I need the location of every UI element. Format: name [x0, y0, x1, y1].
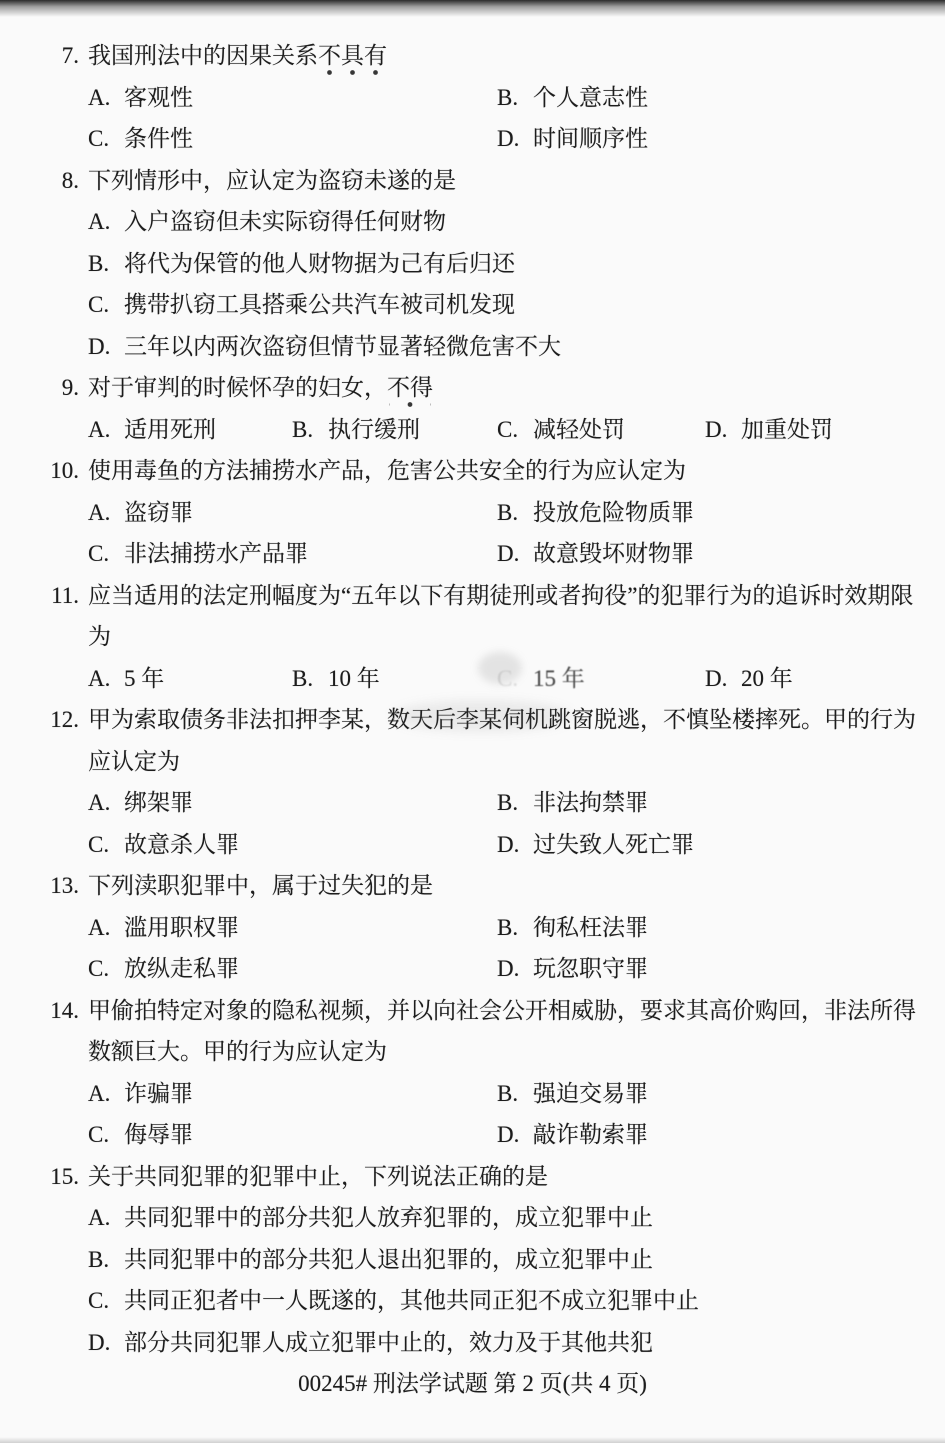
option-a: A.滥用职权罪 — [88, 907, 497, 949]
option-c: C.非法捕捞水产品罪 — [88, 533, 497, 575]
question-15: 15.关于共同犯罪的犯罪中止，下列说法正确的是 A.共同犯罪中的部分共犯人放弃犯… — [0, 1156, 945, 1364]
option-label: B. — [88, 1239, 124, 1281]
option-text: 敲诈勒索罪 — [533, 1122, 648, 1147]
option-d: D.部分共同犯罪人成立犯罪中止的，效力及于其他共犯 — [0, 1322, 945, 1364]
option-label: C. — [88, 824, 124, 866]
question-text: 下列情形中，应认定为盗窃未遂的是 — [88, 168, 456, 193]
option-text: 10 年 — [328, 666, 380, 691]
option-label: D. — [497, 1114, 533, 1156]
option-text: 投放危险物质罪 — [533, 500, 694, 525]
question-text: 甲偷拍特定对象的隐私视频，并以向社会公开相威胁，要求其高价购回，非法所得数额巨大… — [88, 998, 916, 1065]
option-b: B.投放危险物质罪 — [497, 492, 935, 534]
question-stem: 11.应当适用的法定刑幅度为“五年以下有期徒刑或者拘役”的犯罪行为的追诉时效期限… — [0, 575, 945, 658]
question-number: 12. — [0, 699, 79, 741]
question-number: 13. — [0, 865, 79, 907]
options-row: C.故意杀人罪 D.过失致人死亡罪 — [0, 824, 945, 866]
option-c: C.15 年 — [497, 658, 705, 700]
option-a: A.共同犯罪中的部分共犯人放弃犯罪的，成立犯罪中止 — [0, 1197, 945, 1239]
option-label: C. — [88, 948, 124, 990]
option-text: 三年以内两次盗窃但情节显著轻微危害不大 — [124, 334, 561, 359]
option-d: D.故意毁坏财物罪 — [497, 533, 935, 575]
option-text: 故意毁坏财物罪 — [533, 541, 694, 566]
option-text: 执行缓刑 — [328, 417, 420, 442]
options-row: A.滥用职权罪 B.徇私枉法罪 — [0, 907, 945, 949]
option-label: B. — [497, 492, 533, 534]
option-label: D. — [88, 1322, 124, 1364]
question-8: 8.下列情形中，应认定为盗窃未遂的是 A.入户盗窃但未实际窃得任何财物 B.将代… — [0, 160, 945, 368]
options-row: C.条件性 D.时间顺序性 — [0, 118, 945, 160]
option-label: A. — [88, 907, 124, 949]
option-label: C. — [497, 409, 533, 451]
option-label: B. — [497, 77, 533, 119]
option-text: 滥用职权罪 — [124, 915, 239, 940]
option-text: 放纵走私罪 — [124, 956, 239, 981]
options-row: A.5 年 B.10 年 C.15 年 D.20 年 — [0, 658, 945, 700]
question-text: 对于审判的时候怀孕的妇女， — [88, 375, 387, 400]
option-label: D. — [497, 948, 533, 990]
option-b: B.执行缓刑 — [292, 409, 497, 451]
option-label: D. — [88, 326, 124, 368]
option-text: 15 年 — [533, 666, 585, 691]
option-text: 强迫交易罪 — [533, 1081, 648, 1106]
question-number: 15. — [0, 1156, 79, 1198]
option-b: B.个人意志性 — [497, 77, 935, 119]
option-c: C.条件性 — [88, 118, 497, 160]
option-c: C.共同正犯者中一人既遂的，其他共同正犯不成立犯罪中止 — [0, 1280, 945, 1322]
emphasis-text: 不具有 — [318, 43, 387, 68]
question-stem: 14.甲偷拍特定对象的隐私视频，并以向社会公开相威胁，要求其高价购回，非法所得数… — [0, 990, 945, 1073]
question-text: 应当适用的法定刑幅度为“五年以下有期徒刑或者拘役”的犯罪行为的追诉时效期限为 — [88, 583, 913, 650]
option-text: 绑架罪 — [124, 790, 193, 815]
option-b: B.非法拘禁罪 — [497, 782, 935, 824]
option-text: 玩忽职守罪 — [533, 956, 648, 981]
option-text: 非法捕捞水产品罪 — [124, 541, 308, 566]
question-text: 关于共同犯罪的犯罪中止，下列说法正确的是 — [88, 1164, 548, 1189]
option-text: 故意杀人罪 — [124, 832, 239, 857]
option-d: D.过失致人死亡罪 — [497, 824, 935, 866]
option-text: 侮辱罪 — [124, 1122, 193, 1147]
options-row: C.侮辱罪 D.敲诈勒索罪 — [0, 1114, 945, 1156]
question-stem: 7.我国刑法中的因果关系不具有 — [0, 35, 945, 77]
option-label: C. — [88, 1114, 124, 1156]
option-b: B.共同犯罪中的部分共犯人退出犯罪的，成立犯罪中止 — [0, 1239, 945, 1281]
question-14: 14.甲偷拍特定对象的隐私视频，并以向社会公开相威胁，要求其高价购回，非法所得数… — [0, 990, 945, 1156]
options-row: C.非法捕捞水产品罪 D.故意毁坏财物罪 — [0, 533, 945, 575]
option-d: D.三年以内两次盗窃但情节显著轻微危害不大 — [0, 326, 945, 368]
question-text: 甲为索取债务非法扣押李某，数天后李某伺机跳窗脱逃，不慎坠楼摔死。甲的行为应认定为 — [88, 707, 916, 774]
question-stem: 15.关于共同犯罪的犯罪中止，下列说法正确的是 — [0, 1156, 945, 1198]
question-text: 使用毒鱼的方法捕捞水产品，危害公共安全的行为应认定为 — [88, 458, 686, 483]
option-text: 部分共同犯罪人成立犯罪中止的，效力及于其他共犯 — [124, 1330, 653, 1355]
option-c: C.侮辱罪 — [88, 1114, 497, 1156]
option-text: 过失致人死亡罪 — [533, 832, 694, 857]
question-number: 10. — [0, 450, 79, 492]
option-text: 条件性 — [124, 126, 193, 151]
option-c: C.携带扒窃工具搭乘公共汽车被司机发现 — [0, 284, 945, 326]
option-label: B. — [497, 782, 533, 824]
option-label: A. — [88, 782, 124, 824]
option-b: B.强迫交易罪 — [497, 1073, 935, 1115]
option-c: C.减轻处罚 — [497, 409, 705, 451]
option-label: B. — [292, 658, 328, 700]
option-c: C.故意杀人罪 — [88, 824, 497, 866]
option-label: C. — [88, 284, 124, 326]
option-a: A.适用死刑 — [88, 409, 292, 451]
option-label: D. — [705, 658, 741, 700]
question-12: 12.甲为索取债务非法扣押李某，数天后李某伺机跳窗脱逃，不慎坠楼摔死。甲的行为应… — [0, 699, 945, 865]
option-d: D.敲诈勒索罪 — [497, 1114, 935, 1156]
question-number: 8. — [0, 160, 79, 202]
option-label: B. — [292, 409, 328, 451]
option-label: A. — [88, 658, 124, 700]
option-d: D.加重处罚 — [705, 409, 935, 451]
question-13: 13.下列渎职犯罪中，属于过失犯的是 A.滥用职权罪 B.徇私枉法罪 C.放纵走… — [0, 865, 945, 990]
question-text: 我国刑法中的因果关系 — [88, 43, 318, 68]
option-text: 携带扒窃工具搭乘公共汽车被司机发现 — [124, 292, 515, 317]
question-stem: 13.下列渎职犯罪中，属于过失犯的是 — [0, 865, 945, 907]
emphasis-text: 不得 — [387, 375, 433, 400]
option-text: 共同犯罪中的部分共犯人退出犯罪的，成立犯罪中止 — [124, 1247, 653, 1272]
options-row: A.适用死刑 B.执行缓刑 C.减轻处罚 D.加重处罚 — [0, 409, 945, 451]
option-label: A. — [88, 77, 124, 119]
option-text: 共同犯罪中的部分共犯人放弃犯罪的，成立犯罪中止 — [124, 1205, 653, 1230]
option-text: 20 年 — [741, 666, 793, 691]
option-text: 减轻处罚 — [533, 417, 625, 442]
option-label: B. — [497, 1073, 533, 1115]
question-number: 7. — [0, 35, 79, 77]
option-label: C. — [88, 533, 124, 575]
options-row: A.诈骗罪 B.强迫交易罪 — [0, 1073, 945, 1115]
option-a: A.诈骗罪 — [88, 1073, 497, 1115]
question-stem: 12.甲为索取债务非法扣押李某，数天后李某伺机跳窗脱逃，不慎坠楼摔死。甲的行为应… — [0, 699, 945, 782]
option-a: A.5 年 — [88, 658, 292, 700]
option-label: A. — [88, 409, 124, 451]
option-text: 共同正犯者中一人既遂的，其他共同正犯不成立犯罪中止 — [124, 1288, 699, 1313]
option-label: D. — [497, 533, 533, 575]
option-b: B.10 年 — [292, 658, 497, 700]
option-text: 适用死刑 — [124, 417, 216, 442]
option-d: D.玩忽职守罪 — [497, 948, 935, 990]
option-label: A. — [88, 201, 124, 243]
option-label: B. — [497, 907, 533, 949]
option-text: 5 年 — [124, 666, 164, 691]
question-stem: 9.对于审判的时候怀孕的妇女，不得 — [0, 367, 945, 409]
option-text: 个人意志性 — [533, 85, 648, 110]
option-label: D. — [705, 409, 741, 451]
option-a: A.绑架罪 — [88, 782, 497, 824]
question-9: 9.对于审判的时候怀孕的妇女，不得 A.适用死刑 B.执行缓刑 C.减轻处罚 D… — [0, 367, 945, 450]
option-label: A. — [88, 492, 124, 534]
question-number: 14. — [0, 990, 79, 1032]
option-text: 时间顺序性 — [533, 126, 648, 151]
option-text: 盗窃罪 — [124, 500, 193, 525]
question-7: 7.我国刑法中的因果关系不具有 A.客观性 B.个人意志性 C.条件性 D.时间… — [0, 35, 945, 160]
options-row: A.盗窃罪 B.投放危险物质罪 — [0, 492, 945, 534]
option-label: A. — [88, 1073, 124, 1115]
option-text: 加重处罚 — [741, 417, 833, 442]
option-text: 徇私枉法罪 — [533, 915, 648, 940]
question-10: 10.使用毒鱼的方法捕捞水产品，危害公共安全的行为应认定为 A.盗窃罪 B.投放… — [0, 450, 945, 575]
question-11: 11.应当适用的法定刑幅度为“五年以下有期徒刑或者拘役”的犯罪行为的追诉时效期限… — [0, 575, 945, 700]
option-a: A.入户盗窃但未实际窃得任何财物 — [0, 201, 945, 243]
option-text: 诈骗罪 — [124, 1081, 193, 1106]
options-row: A.绑架罪 B.非法拘禁罪 — [0, 782, 945, 824]
option-a: A.盗窃罪 — [88, 492, 497, 534]
question-number: 9. — [0, 367, 79, 409]
options-row: C.放纵走私罪 D.玩忽职守罪 — [0, 948, 945, 990]
option-b: B.徇私枉法罪 — [497, 907, 935, 949]
option-label: A. — [88, 1197, 124, 1239]
options-row: A.客观性 B.个人意志性 — [0, 77, 945, 119]
option-label: B. — [88, 243, 124, 285]
option-text: 客观性 — [124, 85, 193, 110]
option-label: C. — [88, 1280, 124, 1322]
option-c: C.放纵走私罪 — [88, 948, 497, 990]
option-label: D. — [497, 824, 533, 866]
option-b: B.将代为保管的他人财物据为己有后归还 — [0, 243, 945, 285]
exam-page: 7.我国刑法中的因果关系不具有 A.客观性 B.个人意志性 C.条件性 D.时间… — [0, 0, 945, 1405]
question-number: 11. — [0, 575, 79, 617]
option-text: 非法拘禁罪 — [533, 790, 648, 815]
option-text: 入户盗窃但未实际窃得任何财物 — [124, 209, 446, 234]
option-label: D. — [497, 118, 533, 160]
option-label: C. — [497, 658, 533, 700]
option-text: 将代为保管的他人财物据为己有后归还 — [124, 251, 515, 276]
scan-bottom-edge — [0, 1437, 945, 1443]
question-stem: 10.使用毒鱼的方法捕捞水产品，危害公共安全的行为应认定为 — [0, 450, 945, 492]
question-stem: 8.下列情形中，应认定为盗窃未遂的是 — [0, 160, 945, 202]
page-footer: 00245# 刑法学试题 第 2 页(共 4 页) — [0, 1363, 945, 1405]
option-label: C. — [88, 118, 124, 160]
option-d: D.时间顺序性 — [497, 118, 935, 160]
option-a: A.客观性 — [88, 77, 497, 119]
option-d: D.20 年 — [705, 658, 935, 700]
question-text: 下列渎职犯罪中，属于过失犯的是 — [88, 873, 433, 898]
